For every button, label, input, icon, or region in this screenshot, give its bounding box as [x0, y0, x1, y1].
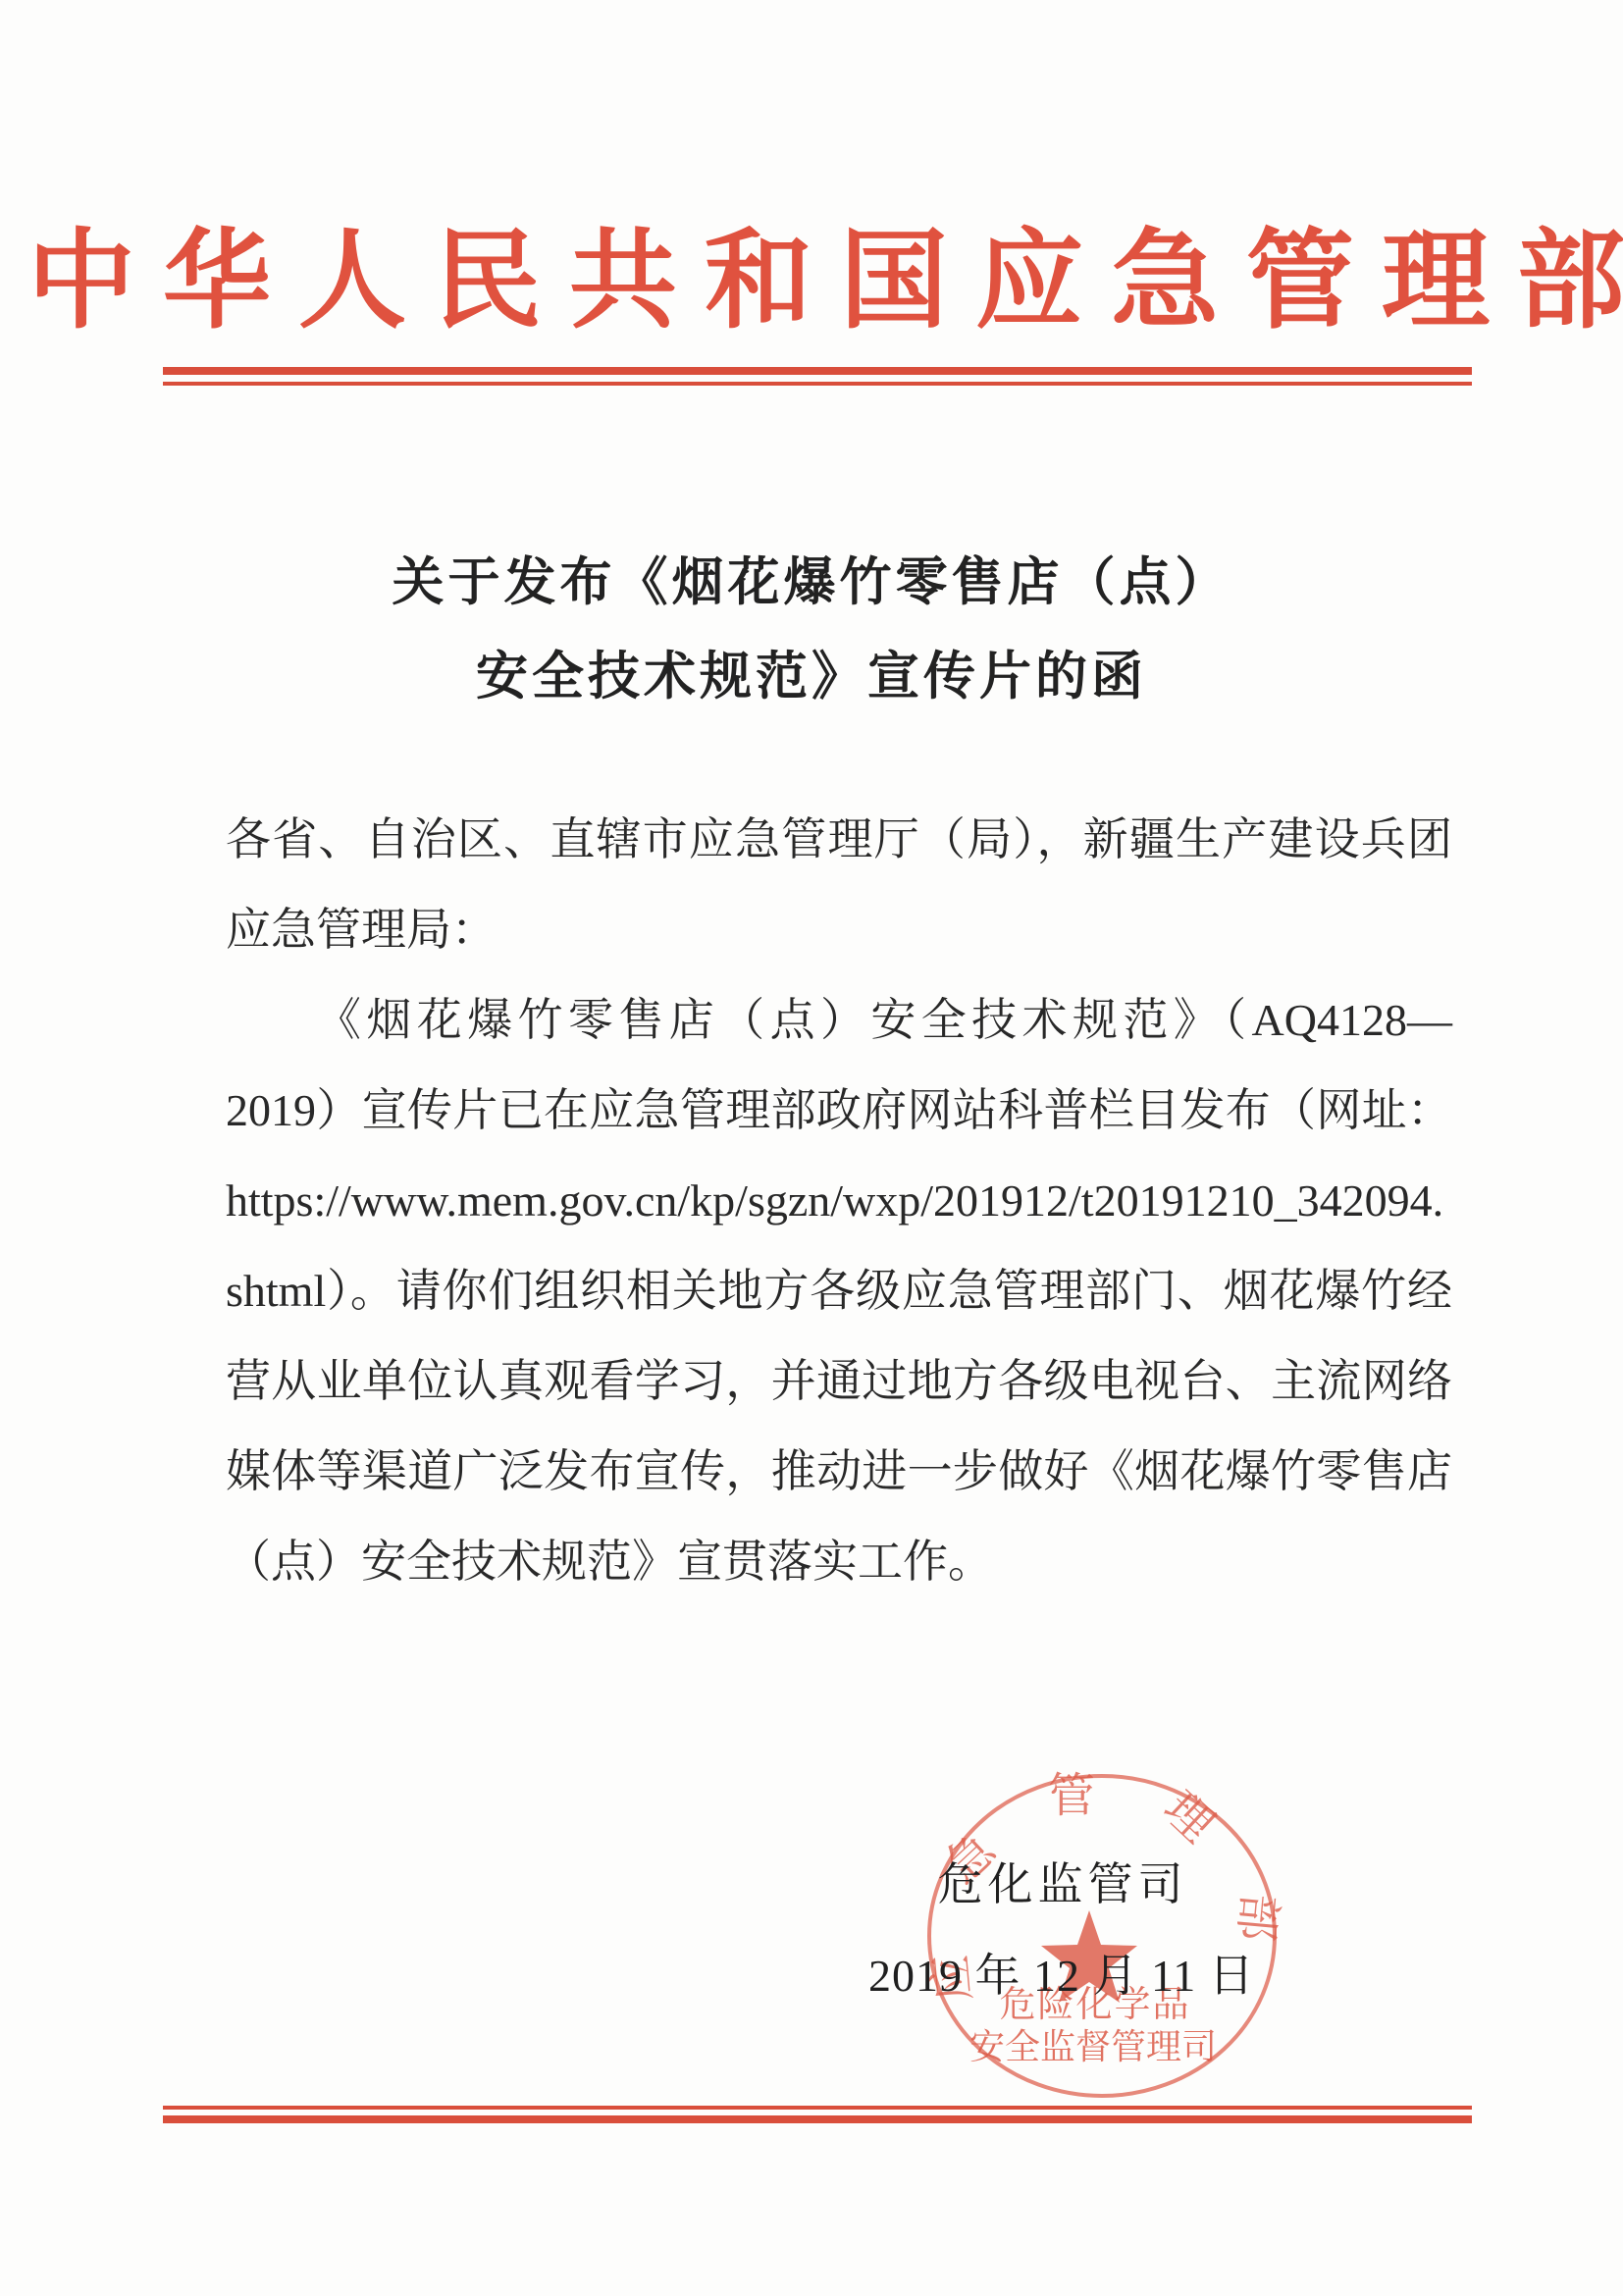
letterhead-rule-thin [163, 382, 1472, 386]
salutation-paragraph: 各省、自治区、直辖市应急管理厅（局），新疆生产建设兵团应急管理局： [226, 795, 1452, 975]
document-title: 关于发布《烟花爆竹零售店（点） 安全技术规范》宣传片的函 [0, 536, 1623, 724]
footer-rule-thin [163, 2106, 1472, 2110]
letterhead-rule-thick [163, 367, 1472, 375]
signature-department: 危化监管司 [920, 1862, 1205, 1907]
letterhead-org-name: 中华人民共和国应急管理部 [0, 218, 1623, 345]
seal-text-line2: 安全监督管理司 [969, 2027, 1217, 2066]
body-paragraph: 《烟花爆竹零售店（点）安全技术规范》（AQ4128—2019）宣传片已在应急管理… [226, 975, 1452, 1607]
signature-date: 2019 年 12 月 11 日 [868, 1954, 1255, 1999]
document-title-line2: 安全技术规范》宣传片的函 [0, 630, 1623, 724]
seal-border [929, 1776, 1275, 2096]
letter-body: 各省、自治区、直辖市应急管理厅（局），新疆生产建设兵团应急管理局： 《烟花爆竹零… [226, 795, 1452, 1607]
document-title-line1: 关于发布《烟花爆竹零售店（点） [0, 536, 1623, 630]
scanned-official-letter: 中华人民共和国应急管理部 关于发布《烟花爆竹零售店（点） 安全技术规范》宣传片的… [0, 0, 1623, 2296]
footer-rule-thick [163, 2115, 1472, 2123]
official-seal: 应急管理部 危险化学品 安全监督管理司 [922, 1766, 1287, 2108]
